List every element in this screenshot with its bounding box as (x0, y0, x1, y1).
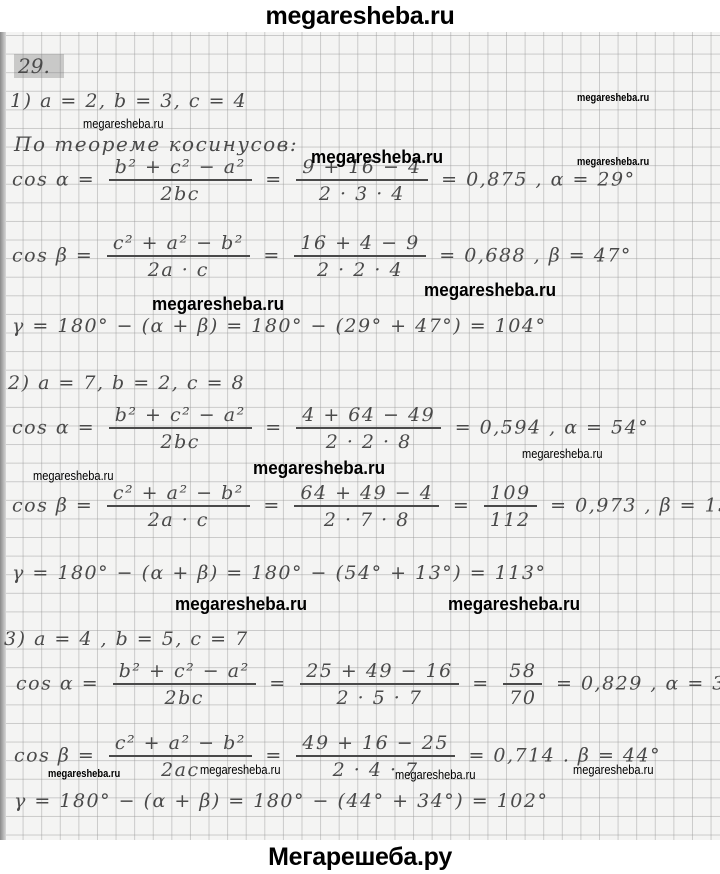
lhs: cos β = (12, 245, 93, 267)
intro-theorem: По теореме косинусов: (14, 132, 298, 156)
denominator: 2bc (109, 429, 252, 453)
watermark: megaresheba.ru (448, 594, 580, 615)
lhs: cos α = (12, 417, 95, 439)
watermark: megaresheba.ru (152, 294, 284, 315)
numerator: 4 + 64 − 49 (296, 404, 441, 429)
part-1-cos-beta: cos β = c² + a² − b²2a · c = 16 + 4 − 92… (12, 232, 632, 281)
numerator: 109 (484, 482, 537, 507)
watermark: megaresheba.ru (200, 762, 280, 777)
equals: = (265, 169, 282, 191)
denominator: 2 · 2 · 8 (296, 429, 441, 453)
denominator: 2a · c (107, 257, 250, 281)
part-3-gamma: γ = 180° − (α + β) = 180° − (44° + 34°) … (14, 790, 548, 812)
equals: = (269, 673, 286, 695)
part-1-gamma: γ = 180° − (α + β) = 180° − (29° + 47°) … (12, 315, 546, 337)
substituted-fraction: 4 + 64 − 492 · 2 · 8 (296, 404, 441, 453)
result: = 0,875 , α = 29° (441, 169, 635, 191)
lhs: cos β = (12, 495, 93, 517)
denominator: 2a · c (107, 507, 250, 531)
lhs: cos α = (16, 673, 99, 695)
part-2-cos-beta: cos β = c² + a² − b²2a · c = 64 + 49 − 4… (12, 482, 720, 531)
numerator: 25 + 49 − 16 (300, 660, 459, 685)
result: = 0,688 , β = 47° (439, 245, 632, 267)
watermark: megaresheba.ru (311, 147, 443, 168)
watermark: megaresheba.ru (424, 280, 556, 301)
part-label: 2) (8, 372, 31, 394)
substituted-fraction: 25 + 49 − 162 · 5 · 7 (300, 660, 459, 709)
substituted-fraction: 16 + 4 − 92 · 2 · 4 (294, 232, 425, 281)
lhs: cos α = (12, 169, 95, 191)
formula-fraction: c² + a² − b²2a · c (107, 232, 250, 281)
denominator: 2 · 3 · 4 (296, 181, 427, 205)
watermark: megaresheba.ru (33, 468, 113, 483)
denominator: 70 (503, 685, 542, 709)
simplified-fraction: 5870 (503, 660, 542, 709)
given-values: a = 4 , b = 5, c = 7 (34, 628, 249, 650)
numerator: b² + c² − a² (109, 156, 252, 181)
lhs: cos β = (14, 745, 95, 767)
numerator: c² + a² − b² (107, 232, 250, 257)
part-2-given: 2) a = 7, b = 2, c = 8 (8, 372, 245, 394)
numerator: 58 (503, 660, 542, 685)
denominator: 112 (484, 507, 537, 531)
equals: = (453, 495, 470, 517)
denominator: 2 · 7 · 8 (294, 507, 439, 531)
part-1-given: 1) a = 2, b = 3, c = 4 (10, 90, 247, 112)
watermark: megaresheba.ru (577, 156, 649, 168)
equals: = (263, 495, 280, 517)
part-3-cos-alpha: cos α = b² + c² − a²2bc = 25 + 49 − 162 … (16, 660, 720, 709)
numerator: c² + a² − b² (107, 482, 250, 507)
part-3-given: 3) a = 4 , b = 5, c = 7 (4, 628, 249, 650)
numerator: b² + c² − a² (109, 404, 252, 429)
part-label: 3) (4, 628, 27, 650)
watermark: megaresheba.ru (253, 458, 385, 479)
watermark: megaresheba.ru (577, 92, 649, 104)
part-label: 1) (10, 90, 33, 112)
result: = 0,973 , β = 13° (550, 495, 720, 517)
watermark: megaresheba.ru (83, 116, 163, 131)
denominator: 2bc (109, 181, 252, 205)
result: = 0,829 , α = 34° (556, 673, 720, 695)
watermark: megaresheba.ru (395, 767, 475, 782)
given-values: a = 2, b = 3, c = 4 (40, 90, 247, 112)
result: = 0,594 , α = 54° (455, 417, 649, 439)
denominator: 2 · 5 · 7 (300, 685, 459, 709)
site-footer[interactable]: Мегарешеба.ру (0, 840, 720, 874)
formula-fraction: b² + c² − a²2bc (113, 660, 256, 709)
watermark: megaresheba.ru (573, 762, 653, 777)
part-2-gamma: γ = 180° − (α + β) = 180° − (54° + 13°) … (12, 562, 546, 584)
notebook-page: 29. 1) a = 2, b = 3, c = 4 По теореме ко… (0, 32, 720, 840)
denominator: 2 · 2 · 4 (294, 257, 425, 281)
numerator: c² + a² − b² (109, 732, 252, 757)
watermark: megaresheba.ru (522, 446, 602, 461)
given-values: a = 7, b = 2, c = 8 (38, 372, 245, 394)
numerator: 49 + 16 − 25 (296, 732, 455, 757)
formula-fraction: b² + c² − a²2bc (109, 404, 252, 453)
watermark: megaresheba.ru (48, 768, 120, 780)
site-header[interactable]: megaresheba.ru (0, 0, 720, 32)
equals: = (263, 245, 280, 267)
simplified-fraction: 109112 (484, 482, 537, 531)
problem-number: 29. (14, 54, 64, 78)
formula-fraction: b² + c² − a²2bc (109, 156, 252, 205)
numerator: 64 + 49 − 4 (294, 482, 439, 507)
equals: = (472, 673, 489, 695)
substituted-fraction: 64 + 49 − 42 · 7 · 8 (294, 482, 439, 531)
equals: = (265, 417, 282, 439)
formula-fraction: c² + a² − b²2a · c (107, 482, 250, 531)
watermark: megaresheba.ru (175, 594, 307, 615)
denominator: 2bc (113, 685, 256, 709)
numerator: 16 + 4 − 9 (294, 232, 425, 257)
numerator: b² + c² − a² (113, 660, 256, 685)
